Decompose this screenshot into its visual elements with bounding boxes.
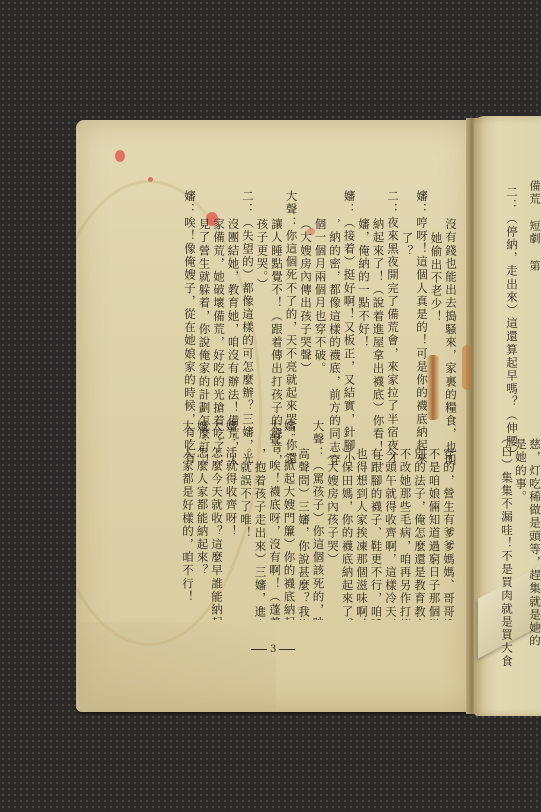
text-column: ）保田媽，你的襪底納起來了？ (340, 420, 355, 620)
text-column: 大聲：唉！襪底呀，沒有啊！（蓬着髮，拖着鞋 (268, 420, 283, 620)
text-column: 大：人家都是好樣的，咱不行！ (181, 420, 196, 620)
left-page-lower-text: 穿的，營生有爹爹媽媽、哥哥嫂子做，她就 不是咱娘倆知道過窮日子那個滋味啊！沒有 … (106, 420, 456, 620)
text-column: 高聲問）三嬸，你說甚麼？我沒聽見。 (297, 420, 312, 620)
right-page-column: 二：（停納，走出來）這還算起早嗎？（伸腰） (505, 186, 519, 461)
text-column: 不是咱娘倆知道過窮日子那個滋味啊！沒有 (427, 420, 442, 620)
text-column: 嬸：怎麼人家都能納起來？ (195, 420, 210, 620)
text-column: 有跟腳的襪子、鞋更不行，咱睡在熱被窩裏 (369, 420, 384, 620)
text-column: ，抱着孩子走出來）三嬸，進來暖和暖和吧 (253, 420, 268, 620)
text-column: 也得想到人家挨凍那個滋味啊！（向大嫂房 (355, 420, 370, 620)
page-number: 3 (248, 644, 298, 655)
red-stamp-mark (148, 177, 153, 182)
text-column: 大聲：（罵孩子）你這個該死的，吵死我啦！（ (311, 420, 326, 620)
right-page-column: 慈，灯吃稀做是頭等，趕集就是她的 (528, 438, 541, 648)
text-column: 。就誤不了唯！ (239, 420, 254, 620)
rust-stain-spine (462, 345, 472, 390)
text-column: 別的法子，俺怎麼還是教育教育着吧，就是 (413, 420, 428, 620)
text-column: （大嫂房內孩子哭） (326, 420, 341, 620)
text-column: 今頭午就得收齊啊，這樣冷天，前方同志沒 (384, 420, 399, 620)
right-page-column: （白）集集不漏哇！不是買肉就是買大食 (500, 432, 514, 668)
text-column: 嬸：（掀起大嫂門簾）你的襪底納起來啦？ (282, 420, 297, 620)
right-page-column: 是她的事。 (514, 438, 528, 504)
text-column: 嬸：活就得收齊呀！ (224, 420, 239, 620)
text-column: 大：怎麼今天就收？這麼早誰能納起來！ (210, 420, 225, 620)
text-column: 穿的，營生有爹爹媽媽、哥哥嫂子做，她就 (442, 420, 457, 620)
red-stamp-mark (115, 150, 125, 162)
right-page-header: 備荒 短劇 第 (527, 180, 541, 272)
text-column: 不改她那些毛病，咱再另作打算。唉！襪底 (398, 420, 413, 620)
